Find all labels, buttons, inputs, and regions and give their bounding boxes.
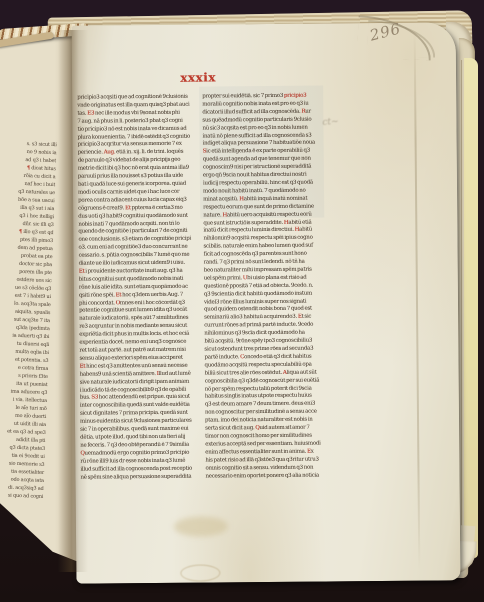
rubric-mark: I	[157, 371, 159, 377]
rubric-mark: ¶	[27, 165, 30, 171]
text-line: si quo ad cogni	[0, 491, 43, 501]
rubric-mark: H	[295, 227, 300, 233]
text-line: naf hoc i buit	[0, 179, 55, 189]
text-line: illa q3 sut i aia	[0, 203, 54, 213]
text-line: q3 i hoc itelligi	[0, 211, 54, 221]
text-line: sut acq3te 7 ita	[0, 315, 50, 325]
text-column-right: propter sui euidẽtiã. sic 7 primo3 prici…	[202, 92, 326, 480]
rubric-mark: pricipio3	[284, 93, 306, 99]
paper-stain	[180, 564, 220, 581]
text-line: ¶ dicat hitus	[0, 163, 56, 173]
text-line: est 7 i habit9 ui	[0, 291, 51, 301]
text-line: s. s3 sicut illi	[1, 139, 57, 149]
text-line: sio memorie s3	[0, 459, 45, 469]
text-line: ima aducere q3	[0, 387, 47, 397]
photo-background: s. s3 sicut illino 9 nobis iaad q3 i hab…	[0, 0, 484, 602]
text-line: ia aduerti q3 ibi	[0, 331, 50, 341]
paper-stain	[174, 516, 228, 536]
main-page: 296 ct~ xxxix pricipio3 acqsiti que ad c…	[72, 22, 461, 583]
text-line: probat ea pte	[0, 251, 53, 261]
rubric-mark: Et	[125, 205, 131, 211]
text-line: et potentia. s3	[0, 355, 49, 365]
text-line: dñr. sic illi q3	[0, 219, 54, 229]
rubric-mark: H	[239, 196, 244, 202]
rubric-mark: E	[307, 448, 311, 454]
rubric-mark: H	[222, 212, 227, 218]
rubric-mark: E	[298, 314, 302, 320]
text-line: bõe a sua uacui	[0, 195, 55, 205]
text-line: q3 naturales ue	[0, 187, 55, 197]
text-line: doctor sic pba	[0, 259, 52, 269]
leaf-edge-line	[461, 60, 466, 550]
text-line: nẽ spẽm sine aliqua persuasione superadd…	[80, 473, 196, 482]
rubric-mark: U	[243, 275, 247, 281]
text-line: q3 9scientia dicit habitũ quodãmodo inst…	[204, 290, 325, 299]
rubric-mark: Q	[255, 425, 259, 431]
rubric-mark: C	[240, 354, 244, 360]
text-line: ostdere uos sic	[0, 275, 52, 285]
text-line: adidit illa pti	[0, 435, 46, 445]
text-line: et ea q3 ad spe3	[0, 427, 46, 437]
rubric-mark: H	[284, 219, 289, 225]
text-line: tia ei 9cedit ui	[0, 451, 45, 461]
text-line: mo aĩo duerti	[0, 411, 46, 421]
text-line: ptes illi pimo3	[0, 235, 53, 245]
text-line: tia essetialiter	[0, 467, 44, 477]
text-line: necessario enim oportet ponere q3 alia n…	[205, 472, 326, 481]
text-line: ad q3 i habet	[0, 155, 56, 165]
text-line: s prioris f3te	[0, 371, 48, 381]
rubric-mark: S	[203, 149, 207, 155]
text-line: lo. acq3ta spale	[0, 299, 51, 309]
text-line: ¶ illo q3 est qd	[0, 227, 54, 237]
page-crease	[414, 31, 421, 571]
gutter-shadow	[58, 30, 88, 572]
rubric-mark: R	[301, 108, 305, 114]
text-line: ita ut pueniat	[0, 379, 48, 389]
text-line: i via. itellectua	[0, 395, 47, 405]
text-line: dem ad ppetua	[0, 243, 53, 253]
text-line: odo acqta iata	[0, 475, 44, 485]
text-line: aiquita. spualis	[0, 307, 50, 317]
rubric-mark: A	[283, 370, 287, 376]
text-line: q3 dicta ptate3	[0, 443, 45, 453]
text-line: q3da ipedimta	[0, 323, 50, 333]
rubric-mark: ¶	[19, 229, 22, 235]
text-line: ut uidit illi aia	[0, 419, 46, 429]
vellum-leaf	[464, 58, 478, 558]
rubric-mark: E3	[87, 110, 94, 116]
chapter-heading: xxxix	[166, 70, 230, 85]
text-column-left: pricipio3 acqsiti que ad cognitionẽ 9clu…	[77, 94, 196, 482]
text-line: ue s3 cõclõe q3	[0, 283, 51, 293]
text-line: le aĩe turi mõ	[0, 403, 47, 413]
rubric-mark: Et	[116, 292, 122, 298]
text-line: multa eqlia ibi	[0, 347, 49, 357]
rubric-mark: S3	[91, 395, 98, 401]
faint-scribble: ct~	[322, 117, 339, 128]
facing-page-text: s. s3 sicut illino 9 nobis iaad q3 i hab…	[0, 139, 57, 501]
rubric-mark: O	[116, 300, 120, 306]
text-line: e cotra firma	[0, 363, 48, 373]
text-line: di. acq3siq3 ad	[0, 483, 44, 493]
text-line: tu diuersi eqli	[0, 339, 49, 349]
rubric-mark: Aug.	[104, 150, 116, 156]
text-line: no 9 nobis ia	[0, 147, 56, 157]
text-line: porem illa pte	[0, 267, 52, 277]
text-line: rõia cu dicit a	[0, 171, 56, 181]
